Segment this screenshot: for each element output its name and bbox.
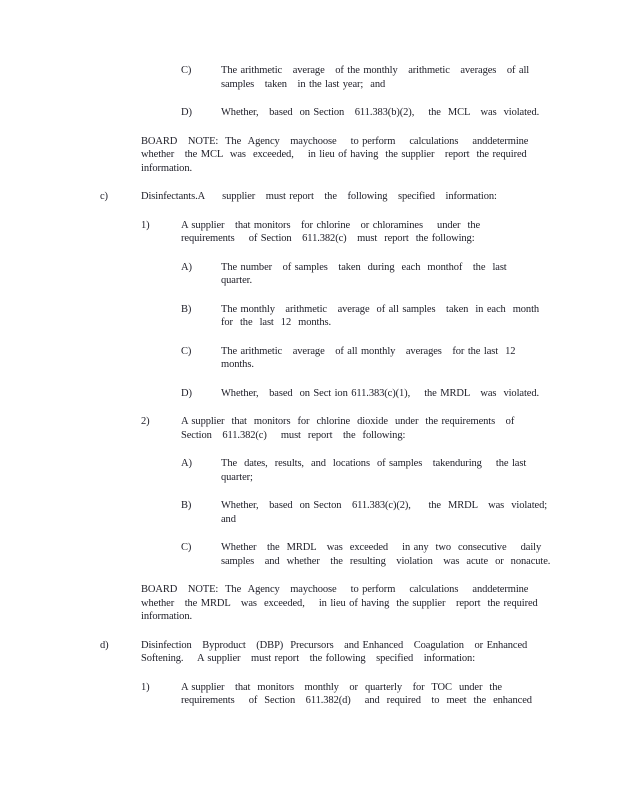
item-label: 1) xyxy=(141,681,181,695)
text-line: samples taken in the last year; and xyxy=(221,78,618,92)
text-line: Softening. A supplier must report the fo… xyxy=(141,652,618,666)
text-line: quarter. xyxy=(221,274,618,288)
item-text: The number of samples taken during each … xyxy=(221,261,618,288)
text-line: months. xyxy=(221,358,618,372)
item-label: C) xyxy=(181,541,221,555)
item-text: Whether, based on Section 611.383(b)(2),… xyxy=(221,106,618,120)
text-line: The number of samples taken during each … xyxy=(221,261,618,275)
item-label: C) xyxy=(181,345,221,359)
board-note: BOARD NOTE: The Agency maychoose to perf… xyxy=(0,135,618,176)
item-text: The monthly arithmetic average of all sa… xyxy=(221,303,618,330)
list-item: d)Disinfection Byproduct (DBP) Precursor… xyxy=(0,639,618,666)
text-line: Whether the MRDL was exceeded in any two… xyxy=(221,541,618,555)
text-line: Disinfectants.A supplier must report the… xyxy=(141,190,618,204)
list-item: A)The dates, results, and locations of s… xyxy=(0,457,618,484)
list-item: 1)A supplier that monitors for chlorine … xyxy=(0,219,618,246)
text-line: The arithmetic average of the monthly ar… xyxy=(221,64,618,78)
list-item: A)The number of samples taken during eac… xyxy=(0,261,618,288)
item-label: d) xyxy=(100,639,141,653)
text-line: BOARD NOTE: The Agency maychoose to perf… xyxy=(141,135,618,149)
text-line: requirements of Section 611.382(c) must … xyxy=(181,232,618,246)
text-line: information. xyxy=(141,610,618,624)
item-label: B) xyxy=(181,303,221,317)
document-body: C)The arithmetic average of the monthly … xyxy=(0,0,618,708)
item-label: A) xyxy=(181,457,221,471)
text-line: whether the MRDL was exceeded, in lieu o… xyxy=(141,597,618,611)
list-item: 2)A supplier that monitors for chlorine … xyxy=(0,415,618,442)
text-line: The dates, results, and locations of sam… xyxy=(221,457,618,471)
item-text: Whether the MRDL was exceeded in any two… xyxy=(221,541,618,568)
list-item: c)Disinfectants.A supplier must report t… xyxy=(0,190,618,204)
text-line: information. xyxy=(141,162,618,176)
item-text: Whether, based on Sect ion 611.383(c)(1)… xyxy=(221,387,618,401)
text-line: A supplier that monitors monthly or quar… xyxy=(181,681,618,695)
text-line: requirements of Section 611.382(d) and r… xyxy=(181,694,618,708)
item-label: 2) xyxy=(141,415,181,429)
text-line: Whether, based on Secton 611.383(c)(2), … xyxy=(221,499,618,513)
board-note: BOARD NOTE: The Agency maychoose to perf… xyxy=(0,583,618,624)
item-label: c) xyxy=(100,190,141,204)
text-line: quarter; xyxy=(221,471,618,485)
item-text: BOARD NOTE: The Agency maychoose to perf… xyxy=(141,583,618,624)
item-text: A supplier that monitors monthly or quar… xyxy=(181,681,618,708)
item-label: A) xyxy=(181,261,221,275)
item-text: The arithmetic average of the monthly ar… xyxy=(221,64,618,91)
list-item: C)The arithmetic average of all monthly … xyxy=(0,345,618,372)
item-text: The arithmetic average of all monthly av… xyxy=(221,345,618,372)
text-line: for the last 12 months. xyxy=(221,316,618,330)
list-item: 1)A supplier that monitors monthly or qu… xyxy=(0,681,618,708)
text-line: Disinfection Byproduct (DBP) Precursors … xyxy=(141,639,618,653)
text-line: and xyxy=(221,513,618,527)
document-page: C)The arithmetic average of the monthly … xyxy=(0,0,618,800)
list-item: D)Whether, based on Section 611.383(b)(2… xyxy=(0,106,618,120)
text-line: Whether, based on Section 611.383(b)(2),… xyxy=(221,106,618,120)
item-text: The dates, results, and locations of sam… xyxy=(221,457,618,484)
item-text: A supplier that monitors for chlorine or… xyxy=(181,219,618,246)
item-label: D) xyxy=(181,106,221,120)
list-item: B)The monthly arithmetic average of all … xyxy=(0,303,618,330)
text-line: whether the MCL was exceeded, in lieu of… xyxy=(141,148,618,162)
text-line: A supplier that monitors for chlorine or… xyxy=(181,219,618,233)
item-text: BOARD NOTE: The Agency maychoose to perf… xyxy=(141,135,618,176)
item-label: 1) xyxy=(141,219,181,233)
item-text: A supplier that monitors for chlorine di… xyxy=(181,415,618,442)
item-label: C) xyxy=(181,64,221,78)
list-item: D)Whether, based on Sect ion 611.383(c)(… xyxy=(0,387,618,401)
text-line: Whether, based on Sect ion 611.383(c)(1)… xyxy=(221,387,618,401)
list-item: B)Whether, based on Secton 611.383(c)(2)… xyxy=(0,499,618,526)
text-line: BOARD NOTE: The Agency maychoose to perf… xyxy=(141,583,618,597)
text-line: The arithmetic average of all monthly av… xyxy=(221,345,618,359)
text-line: samples and whether the resulting violat… xyxy=(221,555,618,569)
list-item: C)Whether the MRDL was exceeded in any t… xyxy=(0,541,618,568)
item-label: D) xyxy=(181,387,221,401)
text-line: Section 611.382(c) must report the follo… xyxy=(181,429,618,443)
text-line: The monthly arithmetic average of all sa… xyxy=(221,303,618,317)
item-text: Disinfectants.A supplier must report the… xyxy=(141,190,618,204)
list-item: C)The arithmetic average of the monthly … xyxy=(0,64,618,91)
item-label: B) xyxy=(181,499,221,513)
text-line: A supplier that monitors for chlorine di… xyxy=(181,415,618,429)
item-text: Disinfection Byproduct (DBP) Precursors … xyxy=(141,639,618,666)
item-text: Whether, based on Secton 611.383(c)(2), … xyxy=(221,499,618,526)
